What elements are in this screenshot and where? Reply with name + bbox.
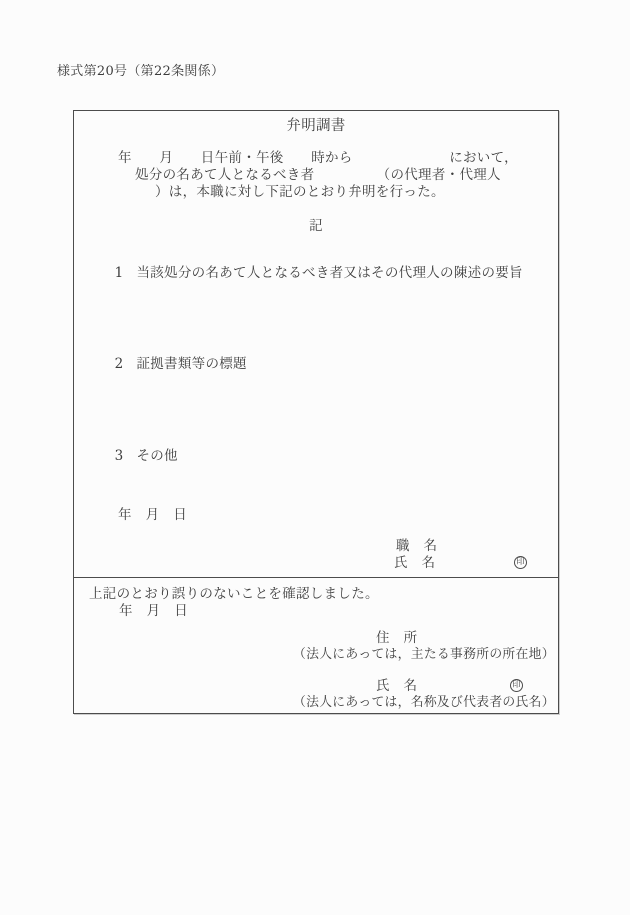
confirmation-address-note: （法人にあっては，主たる事務所の所在地）	[293, 647, 555, 663]
intro-line-1: 年 月 日午前・午後 時から において，	[118, 150, 518, 166]
form-item-1: 1当該処分の名あて人となるべき者又はその代理人の陳述の要旨	[87, 249, 523, 297]
officer-seal-char: 印	[516, 558, 525, 567]
intro-line-2: 処分の名あて人となるべき者 （の代理者・代理人	[135, 167, 501, 183]
officer-date-line: 年 月 日	[118, 507, 187, 523]
confirmation-address-label: 住 所	[376, 630, 417, 646]
confirmation-name-note: （法人にあっては，名称及び代表者の氏名）	[293, 695, 555, 711]
item-1-number: 1	[115, 265, 124, 281]
form-box: 弁明調書 年 月 日午前・午後 時から において， 処分の名あて人となるべき者 …	[73, 110, 559, 714]
form-number: 様式第20号（第22条関係）	[57, 64, 224, 80]
officer-seal-icon: 印	[514, 556, 527, 569]
confirmation-statement: 上記のとおり誤りのないことを確認しました。	[89, 586, 379, 602]
item-3-label: その他	[136, 448, 177, 464]
item-3-number: 3	[115, 448, 124, 464]
confirmation-seal-char: 印	[512, 681, 521, 690]
document-page: 様式第20号（第22条関係） 弁明調書 年 月 日午前・午後 時から において，…	[0, 0, 630, 915]
confirmation-seal-icon: 印	[510, 679, 523, 692]
item-1-label: 当該処分の名あて人となるべき者又はその代理人の陳述の要旨	[136, 265, 522, 281]
document-title: 弁明調書	[74, 118, 558, 134]
form-item-2: 2証拠書類等の標題	[87, 340, 247, 388]
form-item-3: 3その他	[87, 432, 178, 480]
intro-line-3: ）は，本職に対し下記のとおり弁明を行った。	[155, 184, 445, 200]
confirmation-name-label: 氏 名	[376, 678, 417, 694]
confirmation-date-line: 年 月 日	[119, 603, 188, 619]
officer-name-label: 氏 名	[394, 555, 435, 571]
officer-title-label: 職 名	[396, 538, 437, 554]
item-2-number: 2	[115, 356, 124, 372]
item-2-label: 証拠書類等の標題	[136, 356, 246, 372]
section-marker: 記	[74, 218, 558, 234]
section-divider	[73, 577, 559, 578]
